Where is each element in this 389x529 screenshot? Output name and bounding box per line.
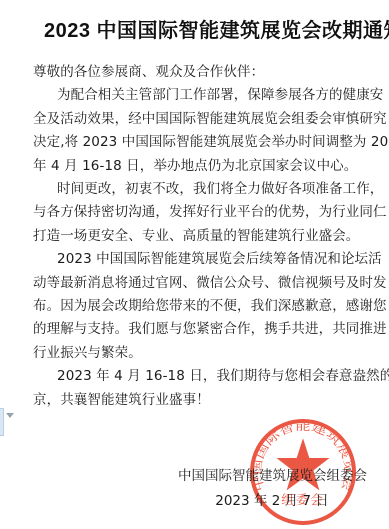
- body-line: 时间更改，初衷不改，我们将全力做好各项准备工作，: [33, 178, 387, 201]
- paragraph-collapse-control[interactable]: [0, 408, 20, 436]
- body-line: 2023 年 4 月 16-18 日，我们期待与您相会春意盎然的北: [33, 365, 387, 388]
- notice-page: 2023 中国国际智能建筑展览会改期通知 尊敬的各位参展商、观众及合作伙伴： 为…: [0, 0, 389, 529]
- signature-organization: 中国国际智能建筑展览会组委会: [178, 464, 366, 489]
- selection-edge-strip: [0, 408, 4, 436]
- salutation-line: 尊敬的各位参展商、观众及合作伙伴：: [33, 61, 387, 84]
- body-line: 为配合相关主管部门工作部署，保障参展各方的健康安: [33, 84, 387, 107]
- body-line: 行业振兴与繁荣。: [33, 342, 387, 365]
- body-line: 布。因为展会改期给您带来的不便，我们深感歉意，感谢您: [33, 295, 387, 318]
- body-line: 京，共襄智能建筑行业盛事！: [33, 389, 387, 412]
- body-line: 的理解与支持。我们愿与您紧密合作，携手共进，共同推进: [33, 318, 387, 341]
- chevron-down-icon[interactable]: [6, 413, 14, 418]
- document-body: 尊敬的各位参展商、观众及合作伙伴： 为配合相关主管部门工作部署，保障参展各方的健…: [33, 61, 387, 412]
- signature-block: 中国国际智能建筑展览会组委会 2023 年 2 月 7 日: [178, 464, 366, 513]
- body-line: 与各方保持密切沟通，发挥好行业平台的优势，为行业同仁: [33, 201, 387, 224]
- document-title: 2023 中国国际智能建筑展览会改期通知: [44, 14, 389, 43]
- signature-date: 2023 年 2 月 7 日: [178, 489, 366, 514]
- body-line: 打造一场更安全、专业、高质量的智能建筑行业盛会。: [33, 225, 387, 248]
- body-line: 2023 中国国际智能建筑展览会后续筹备情况和论坛活: [33, 248, 387, 271]
- body-line: 全及活动效果，经中国国际智能建筑展览会组委会审慎研究: [33, 108, 387, 131]
- body-line: 年 4 月 16-18 日，举办地点仍为北京国家会议中心。: [33, 155, 387, 178]
- body-line: 决定,将 2023 中国国际智能建筑展览会举办时间调整为 2023: [33, 131, 387, 154]
- body-line: 动等最新消息将通过官网、微信公众号、微信视频号及时发: [33, 272, 387, 295]
